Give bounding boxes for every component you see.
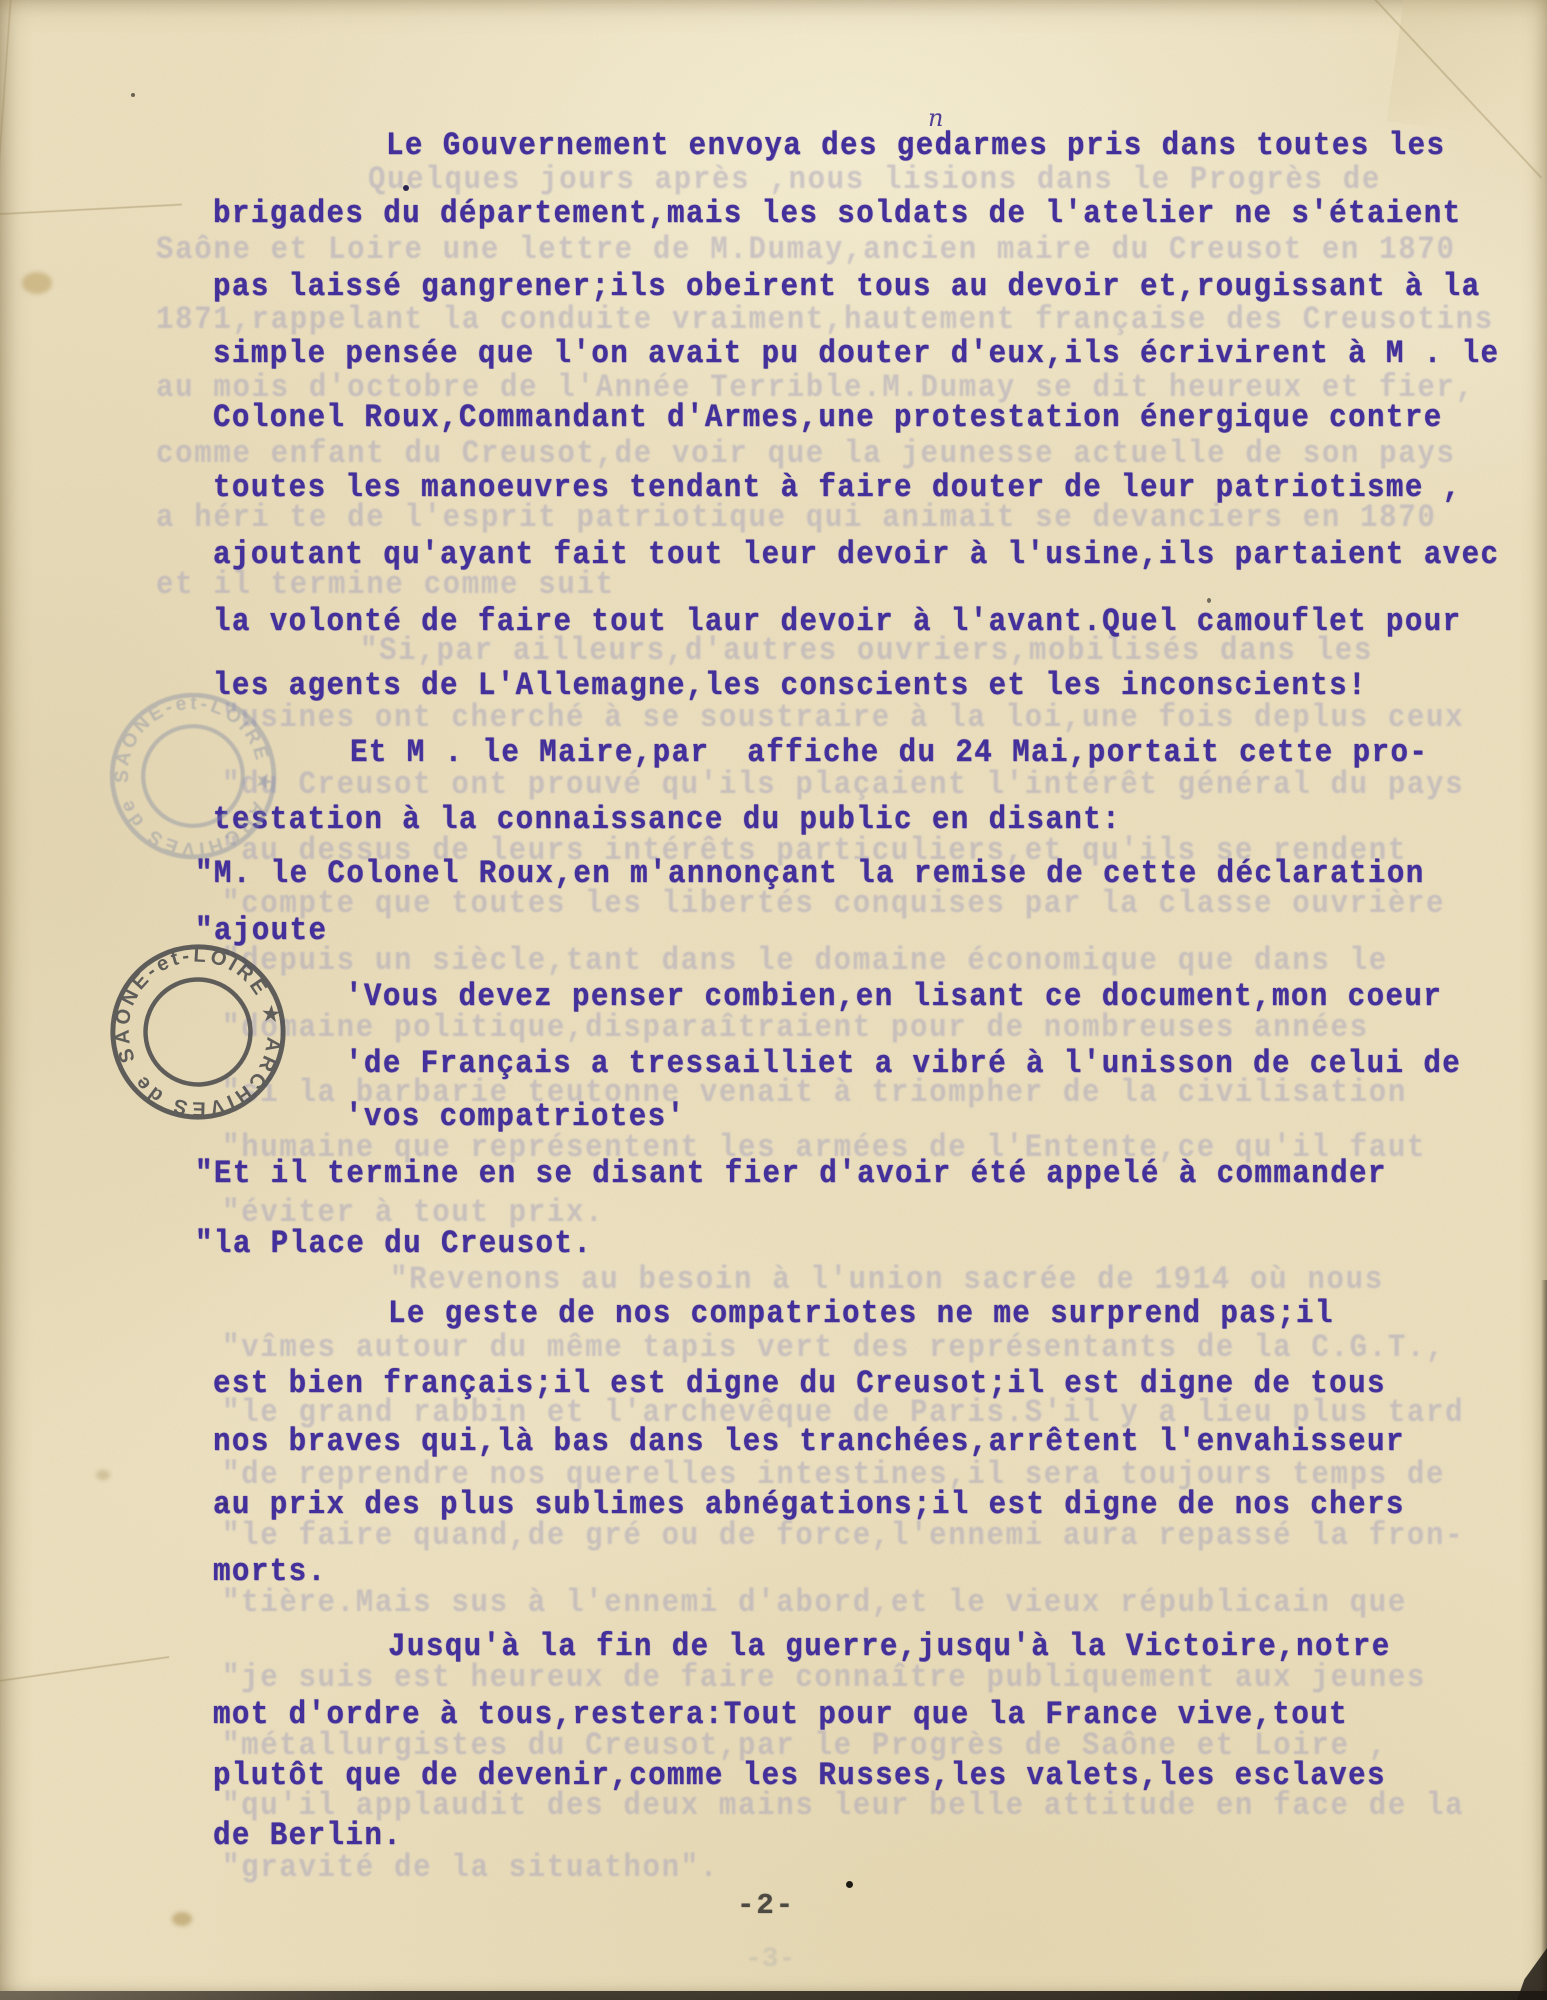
typed-line: "Et il termine en se disant fier d'avoir… — [195, 1158, 1387, 1190]
ink-speck — [846, 1881, 853, 1888]
typed-line: Le Gouvernement envoya des gedarmes pris… — [386, 130, 1445, 162]
typed-line: Colonel Roux,Commandant d'Armes,une prot… — [213, 402, 1443, 434]
ghost-line: 1871,rappelant la conduite vraiment,haut… — [156, 304, 1494, 336]
scan-edge-corner — [1517, 1948, 1547, 2000]
typed-line: Le geste de nos compatriotes ne me surpr… — [388, 1298, 1334, 1330]
typed-line: 'de Français a tressailliet a vibré à l'… — [345, 1048, 1461, 1080]
ghost-line: "le faire quand,de gré ou de force,l'enn… — [222, 1520, 1464, 1552]
paper-crease — [0, 1655, 169, 1683]
typed-line: la volonté de faire tout laur devoir à l… — [213, 606, 1462, 638]
paper-crease — [0, 0, 12, 260]
typed-line: pas laissé gangrener;ils obeirent tous a… — [213, 271, 1481, 303]
typed-line: toutes les manoeuvres tendant à faire do… — [213, 472, 1462, 504]
typed-line: mot d'ordre à tous,restera:Tout pour que… — [213, 1699, 1348, 1731]
typed-line: Jusqu'à la fin de la guerre,jusqu'à la V… — [388, 1631, 1391, 1663]
typed-line: est bien français;il est digne du Creuso… — [213, 1368, 1386, 1400]
typed-line: testation à la connaissance du public en… — [213, 804, 1121, 836]
ghost-line: Quelques jours après ,nous lisions dans … — [368, 164, 1381, 196]
paper-crease — [0, 203, 182, 216]
paper-stain — [96, 1470, 110, 1480]
typed-line: de Berlin. — [213, 1820, 402, 1852]
ink-speck — [131, 93, 135, 97]
ghost-line: "tière.Mais sus à l'ennemi d'abord,et le… — [222, 1587, 1407, 1619]
ghost-line: "domaine politique,disparaîtraient pour … — [222, 1012, 1369, 1044]
ghost-line: Saône et Loire une lettre de M.Dumay,anc… — [156, 234, 1456, 266]
typed-line: ajoutant qu'ayant fait tout leur devoir … — [213, 539, 1499, 571]
ghost-line: "gravité de la situathon". — [222, 1852, 719, 1884]
typed-line: "la Place du Creusot. — [195, 1228, 592, 1260]
typed-line: nos braves qui,là bas dans les tranchées… — [213, 1426, 1405, 1458]
paper-stain — [22, 272, 52, 294]
ghost-line: "Revenons au besoin à l'union sacrée de … — [390, 1264, 1384, 1296]
ghost-line: "du Creusot ont prouvé qu'ils plaçaient … — [222, 769, 1464, 801]
typed-line: 'Vous devez penser combien,en lisant ce … — [345, 981, 1442, 1013]
typed-line: "M. le Colonel Roux,en m'annonçant la re… — [195, 858, 1425, 890]
ink-speck — [1207, 598, 1211, 603]
ghost-line: "usines ont cherché à se soustraire à la… — [222, 702, 1464, 734]
scan-edge-bottom — [0, 1991, 1547, 2000]
ghost-line: "je suis est heureux de faire connaître … — [222, 1662, 1426, 1694]
typed-line: 'vos compatriotes' — [345, 1101, 686, 1133]
ghost-line: "depuis un siècle,tant dans le domaine é… — [222, 945, 1388, 977]
ghost-line: et il termine comme suit — [156, 569, 615, 601]
typed-line: au prix des plus sublimes abnégations;il… — [213, 1489, 1405, 1521]
handwritten-correction-n: n — [928, 104, 943, 132]
ghost-line: "vîmes autour du même tapis vert des rep… — [222, 1332, 1445, 1364]
typed-line: brigades du département,mais les soldats… — [213, 198, 1462, 230]
ghost-line: comme enfant du Creusot,de voir que la j… — [156, 438, 1456, 470]
scanned-letter-page: Quelques jours après ,nous lisions dans … — [0, 0, 1547, 2000]
scan-edge-right — [1541, 1280, 1547, 2000]
typed-line: simple pensée que l'on avait pu douter d… — [213, 338, 1499, 370]
paper-stain — [172, 1912, 192, 1926]
ghost-line: "compte que toutes les libertés conquise… — [222, 888, 1445, 920]
ghost-line: a héri te de l'esprit patriotique qui an… — [156, 502, 1437, 534]
typed-line: morts. — [213, 1556, 327, 1588]
page-number: -2- — [737, 1889, 795, 1922]
typed-line: "ajoute — [195, 915, 327, 947]
ghost-page-number: -3- — [745, 1944, 795, 1975]
ghost-line: "qu'il applaudit des deux mains leur bel… — [222, 1790, 1464, 1822]
typed-line: Et M . le Maire,par affiche du 24 Mai,po… — [350, 737, 1428, 769]
typed-line: les agents de L'Allemagne,les conscients… — [213, 670, 1367, 702]
ghost-line: "éviter à tout prix. — [222, 1197, 604, 1229]
typed-line: plutôt que de devenir,comme les Russes,l… — [213, 1760, 1386, 1792]
